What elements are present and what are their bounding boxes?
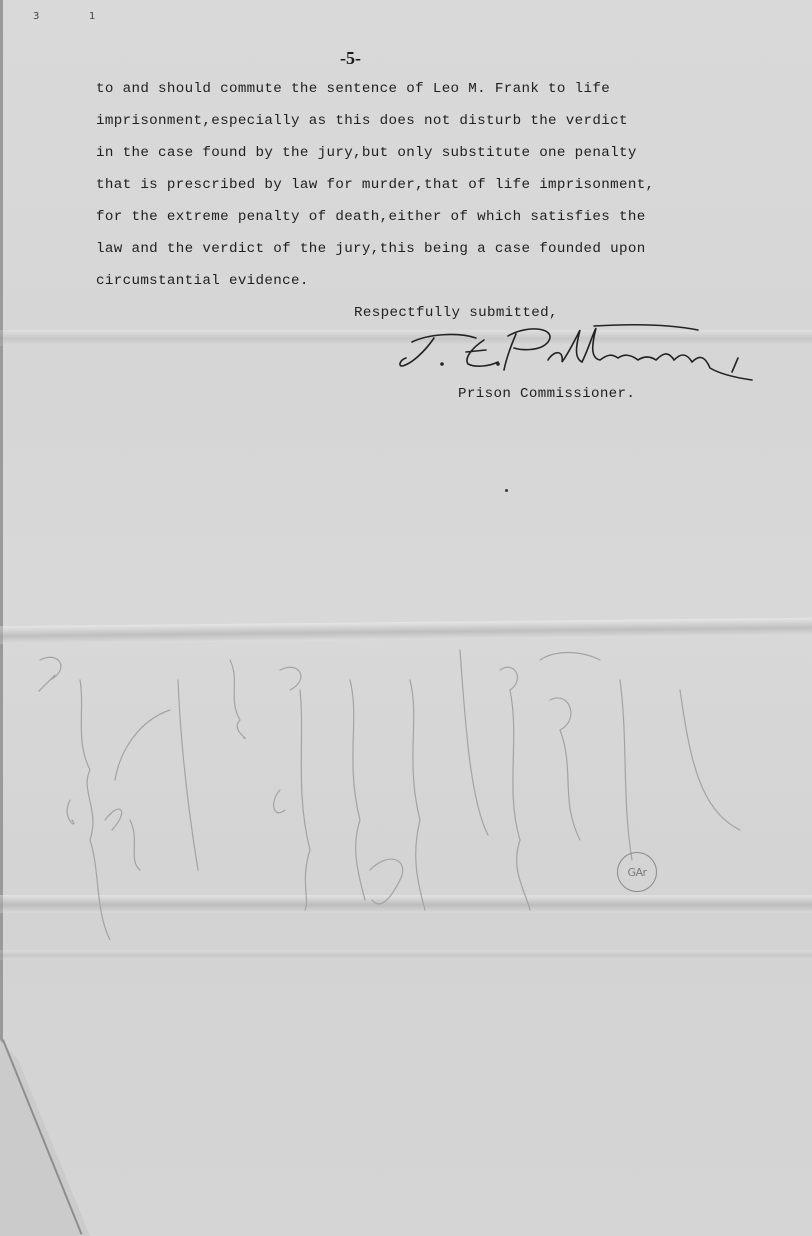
pencil-notations bbox=[0, 620, 812, 940]
archive-stamp: GAr bbox=[617, 852, 657, 892]
body-line: that is prescribed by law for murder,tha… bbox=[96, 178, 654, 192]
closing-salutation: Respectfully submitted, bbox=[354, 306, 558, 320]
body-line: imprisonment,especially as this does not… bbox=[96, 114, 628, 128]
margin-mark: 3 bbox=[33, 11, 39, 22]
paper-crease bbox=[0, 950, 812, 960]
body-line: in the case found by the jury,but only s… bbox=[96, 146, 637, 160]
body-line: law and the verdict of the jury,this bei… bbox=[96, 242, 646, 256]
signer-title: Prison Commissioner. bbox=[458, 387, 635, 401]
handwritten-signature bbox=[398, 320, 758, 390]
body-line: to and should commute the sentence of Le… bbox=[96, 82, 610, 96]
archive-stamp-label: GAr bbox=[627, 866, 646, 879]
margin-mark: 1 bbox=[89, 11, 95, 22]
page-number: -5- bbox=[340, 48, 361, 69]
ink-speck bbox=[505, 489, 508, 492]
body-line: circumstantial evidence. bbox=[96, 274, 309, 288]
body-line: for the extreme penalty of death,either … bbox=[96, 210, 646, 224]
